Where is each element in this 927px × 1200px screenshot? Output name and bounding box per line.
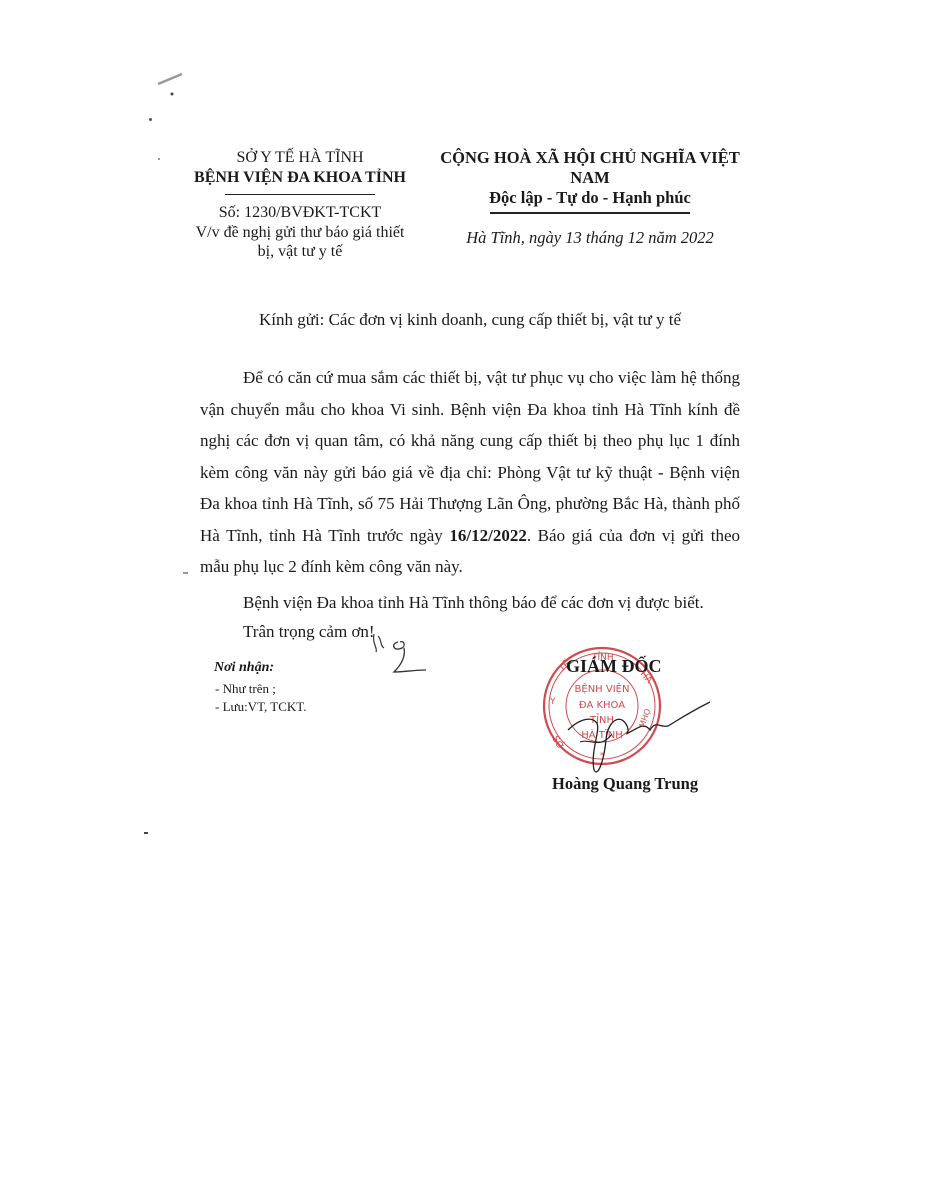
subject-line: V/v đề nghị gửi thư báo giá thiết xyxy=(180,223,420,242)
deadline-date: 16/12/2022 xyxy=(449,526,526,545)
scan-dot xyxy=(149,118,152,121)
scan-dot xyxy=(183,572,188,574)
organization-name: BỆNH VIỆN ĐA KHOA TỈNH xyxy=(180,168,420,188)
scan-dot xyxy=(158,158,160,160)
recipients-title: Nơi nhận: xyxy=(214,660,274,676)
initials-mark xyxy=(370,630,440,680)
notice-line: Bệnh viện Đa khoa tỉnh Hà Tĩnh thông báo… xyxy=(243,593,704,613)
motto: Độc lập - Tự do - Hạnh phúc xyxy=(420,188,760,208)
body-text: Để có căn cứ mua sắm các thiết bị, vật t… xyxy=(200,368,740,545)
place-date: Hà Tĩnh, ngày 13 tháng 12 năm 2022 xyxy=(420,228,760,248)
signer-title: GIÁM ĐỐC xyxy=(566,656,662,677)
recipient-line: Kính gửi: Các đơn vị kinh doanh, cung cấ… xyxy=(200,310,740,330)
subject-line: bị, vật tư y tế xyxy=(180,242,420,261)
body-paragraph: Để có căn cứ mua sắm các thiết bị, vật t… xyxy=(200,362,740,583)
divider xyxy=(225,194,375,195)
handwritten-signature xyxy=(560,690,720,780)
national-title: CỘNG HOÀ XÃ HỘI CHỦ NGHĨA VIỆT NAM xyxy=(420,148,760,188)
svg-text:Y: Y xyxy=(549,697,556,707)
thanks-line: Trân trọng cảm ơn! xyxy=(243,622,375,642)
document-number: Số: 1230/BVĐKT-TCKT xyxy=(180,203,420,223)
scan-dot xyxy=(144,832,148,834)
letter-body: Để có căn cứ mua sắm các thiết bị, vật t… xyxy=(200,362,740,583)
recipient-item: - Lưu:VT, TCKT. xyxy=(215,699,307,715)
scan-mark xyxy=(150,70,190,110)
divider xyxy=(490,212,690,214)
issuing-authority-block: SỞ Y TẾ HÀ TĨNH BỆNH VIỆN ĐA KHOA TỈNH S… xyxy=(180,148,420,261)
agency-name: SỞ Y TẾ HÀ TĨNH xyxy=(180,148,420,168)
national-header-block: CỘNG HOÀ XÃ HỘI CHỦ NGHĨA VIỆT NAM Độc l… xyxy=(420,148,760,248)
recipient-item: - Như trên ; xyxy=(215,681,276,697)
